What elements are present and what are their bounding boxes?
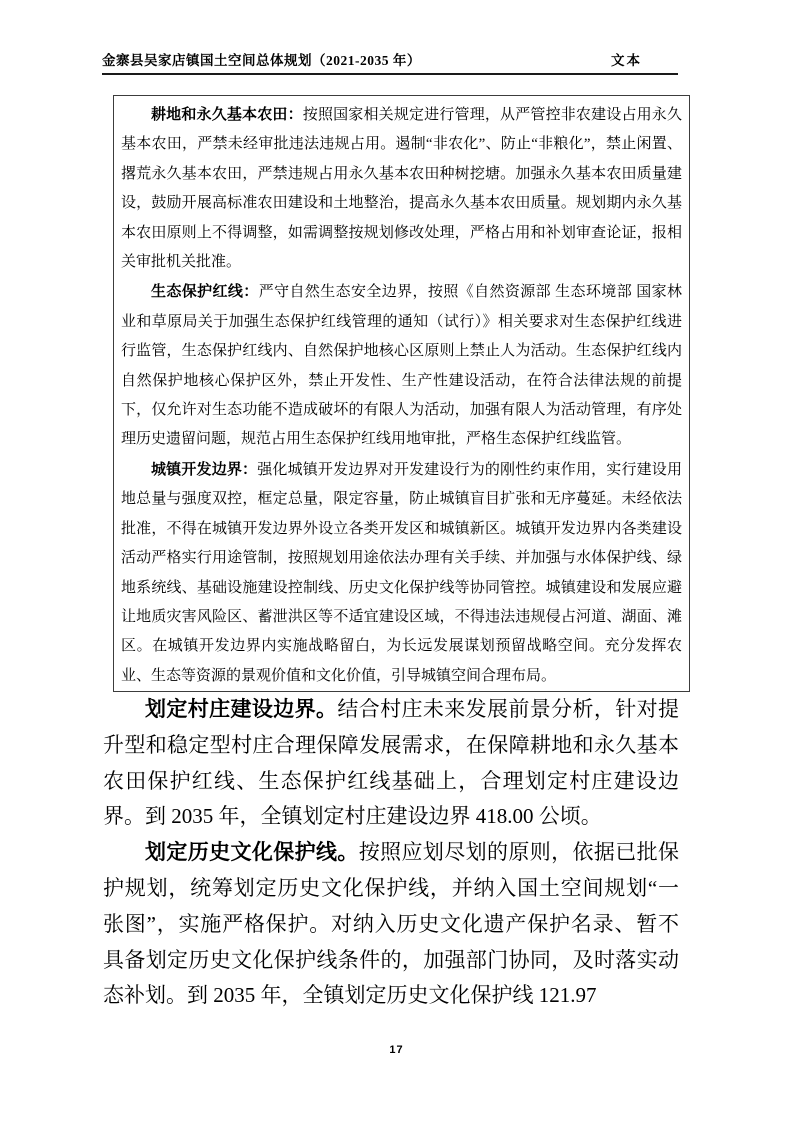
header-doc-type: 文本 — [611, 49, 678, 69]
paragraph-farmland-permanent-basic-farmland: 耕地和永久基本农田：按照国家相关规定进行管理，从严管控非农建设占用永久基本农田，… — [121, 100, 682, 277]
control-lines-box: 耕地和永久基本农田：按照国家相关规定进行管理，从严管控非农建设占用永久基本农田，… — [113, 95, 690, 692]
paragraph-urban-development-boundary: 城镇开发边界：强化城镇开发边界对开发建设行为的刚性约束作用，实行建设用地总量与强… — [121, 455, 682, 691]
page-footer: 17 — [0, 1044, 793, 1056]
paragraph-village-construction-boundary: 划定村庄建设边界。结合村庄未来发展前景分析，针对提升型和稳定型村庄合理保障发展需… — [103, 692, 679, 835]
page-header: 金寨县吴家店镇国土空间总体规划（2021-2035 年） 文本 — [102, 49, 678, 69]
paragraph-historic-culture-protection-line-label: 划定历史文化保护线。 — [145, 841, 359, 864]
paragraph-farmland-text: 按照国家相关规定进行管理，从严管控非农建设占用永久基本农田，严禁未经审批违法违规… — [121, 107, 682, 270]
paragraph-farmland-label: 耕地和永久基本农田： — [151, 106, 303, 123]
paragraph-urban-development-boundary-text: 强化城镇开发边界对开发建设行为的刚性约束作用，实行建设用地总量与强度双控，框定总… — [121, 462, 682, 684]
paragraph-urban-development-boundary-label: 城镇开发边界： — [151, 461, 257, 478]
header-rule — [102, 73, 678, 75]
paragraph-historic-culture-protection-line: 划定历史文化保护线。按照应划尽划的原则，依据已批保护规划，统筹划定历史文化保护线… — [103, 835, 679, 1014]
paragraph-ecological-redline-label: 生态保护红线： — [151, 283, 259, 300]
paragraph-ecological-redline-text: 严守自然生态安全边界，按照《自然资源部 生态环境部 国家林业和草原局关于加强生态… — [121, 284, 682, 447]
paragraph-village-construction-boundary-label: 划定村庄建设边界。 — [145, 698, 337, 721]
header-title: 金寨县吴家店镇国土空间总体规划（2021-2035 年） — [102, 49, 421, 69]
paragraph-historic-culture-protection-line-text: 按照应划尽划的原则，依据已批保护规划，统筹划定历史文化保护线，并纳入国土空间规划… — [103, 840, 679, 1007]
document-page: 金寨县吴家店镇国土空间总体规划（2021-2035 年） 文本 耕地和永久基本农… — [0, 0, 793, 1122]
paragraph-ecological-redline: 生态保护红线：严守自然生态安全边界，按照《自然资源部 生态环境部 国家林业和草原… — [121, 277, 682, 454]
body-text: 划定村庄建设边界。结合村庄未来发展前景分析，针对提升型和稳定型村庄合理保障发展需… — [103, 692, 679, 1014]
page-number: 17 — [389, 1044, 403, 1056]
